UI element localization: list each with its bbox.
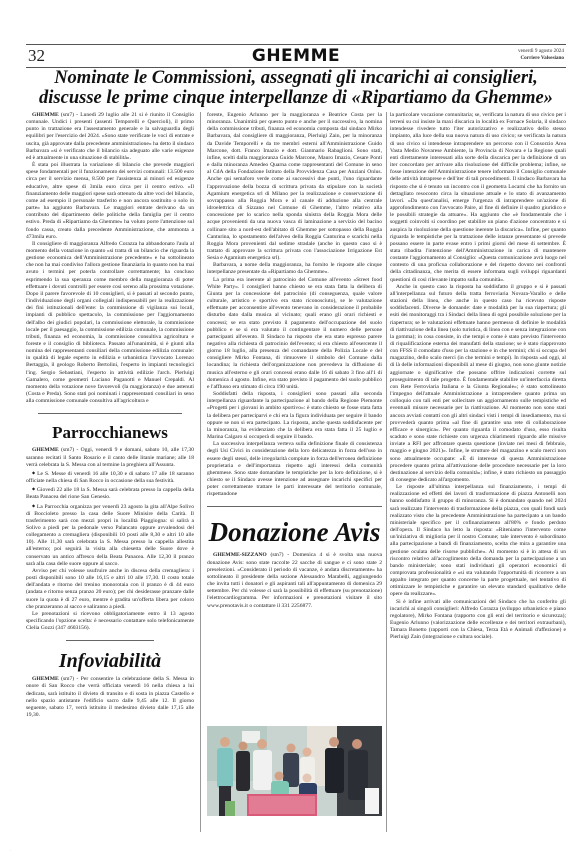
- article-paragraph: La successiva interpellanza verteva sull…: [207, 441, 382, 498]
- bullet-item: Giovedì 22 alle 18 la S. Messa sarà cele…: [26, 485, 194, 501]
- article-paragraph: Anche in questo caso la risposta ha sodd…: [390, 284, 566, 484]
- date-block: venerdì 9 agosto 2024 Corriere Valsesian…: [518, 48, 564, 62]
- byline: (sm7): [270, 552, 283, 558]
- article-paragraph: È stata poi illustrata la variazione di …: [26, 162, 194, 241]
- article-paragraph: Soddisfatti della risposta, i consiglier…: [207, 391, 382, 441]
- article-paragraph: GHEMME (sm7) - Per consentire la celebra…: [26, 676, 194, 719]
- article-paragraph: Si è infine arrivati alle comunicazioni …: [390, 599, 566, 642]
- newspaper-name: Corriere Valsesiano: [518, 55, 564, 62]
- parrocchianews-title: Parrocchianews: [26, 422, 194, 444]
- page-header: 32 GHEMME venerdì 9 agosto 2024 Corriere…: [26, 44, 566, 68]
- article-paragraph: La prima era inerente al patrocinio del …: [207, 277, 382, 392]
- article-paragraph: GHEMME (sm7) - Lunedì 29 luglio alle 21 …: [26, 112, 194, 162]
- section-title: GHEMME: [26, 45, 566, 67]
- section-divider: [38, 413, 182, 414]
- column-left: GHEMME (sm7) - Lunedì 29 luglio alle 21 …: [26, 112, 194, 719]
- column-divider: [386, 112, 387, 832]
- article-paragraph: GHEMME (sm7) - Oggi, venerdì 9 e domani,…: [26, 447, 194, 468]
- article-paragraph: Le risposte all'ultima interpellanza sul…: [390, 484, 566, 599]
- article-paragraph: Barbavara, a nome della maggioranza, ha …: [207, 262, 382, 276]
- dateline: GHEMME-SIZZANO: [213, 552, 267, 558]
- photo-illustration-icon: [207, 726, 382, 816]
- section-divider: [207, 506, 382, 507]
- bullet-item: Le S. Messe di venerdì 16 alle 10,30 e d…: [26, 469, 194, 485]
- byline: (sm7): [61, 676, 74, 682]
- article-paragraph: Il consigliere di maggioranza Alfredo Co…: [26, 241, 194, 406]
- headline-line-2: discusse le prime cinque interpellanze d…: [26, 88, 566, 108]
- main-headline: Nominate le Commissioni, assegnati gli i…: [26, 68, 566, 108]
- section-divider: [66, 640, 154, 641]
- dateline: GHEMME: [32, 447, 59, 453]
- article-paragraph: Le prenotazioni si ricevono obbligatoria…: [26, 611, 194, 632]
- dateline: GHEMME: [32, 112, 59, 118]
- infoviabilita-title: Infoviabilità: [26, 649, 194, 673]
- article-paragraph: la particolare vocazione comunitaria; se…: [390, 112, 566, 284]
- avis-group-photo: [207, 726, 382, 816]
- column-right: la particolare vocazione comunitaria; se…: [390, 112, 566, 642]
- article-paragraph: Avviso per chi volesse usufruire anche i…: [26, 568, 194, 611]
- article-paragraph: foreste, Eugenio Arlunno per la maggiora…: [207, 112, 382, 262]
- bullet-item: La Parrocchia organizza per venerdì 23 a…: [26, 502, 194, 568]
- byline: (sm7): [61, 112, 74, 118]
- dateline: GHEMME: [32, 676, 59, 682]
- headline-line-1: Nominate le Commissioni, assegnati gli i…: [26, 68, 566, 88]
- crop-mark: ·: [10, 848, 11, 853]
- column-middle: foreste, Eugenio Arlunno per la maggiora…: [207, 112, 382, 610]
- article-paragraph: GHEMME-SIZZANO (sm7) - Domenica 4 si è s…: [207, 552, 382, 609]
- donazione-avis-title: Donazione Avis: [207, 517, 382, 547]
- byline: (sm7): [61, 447, 74, 453]
- issue-date: venerdì 9 agosto 2024: [518, 48, 564, 55]
- column-divider: [200, 112, 201, 832]
